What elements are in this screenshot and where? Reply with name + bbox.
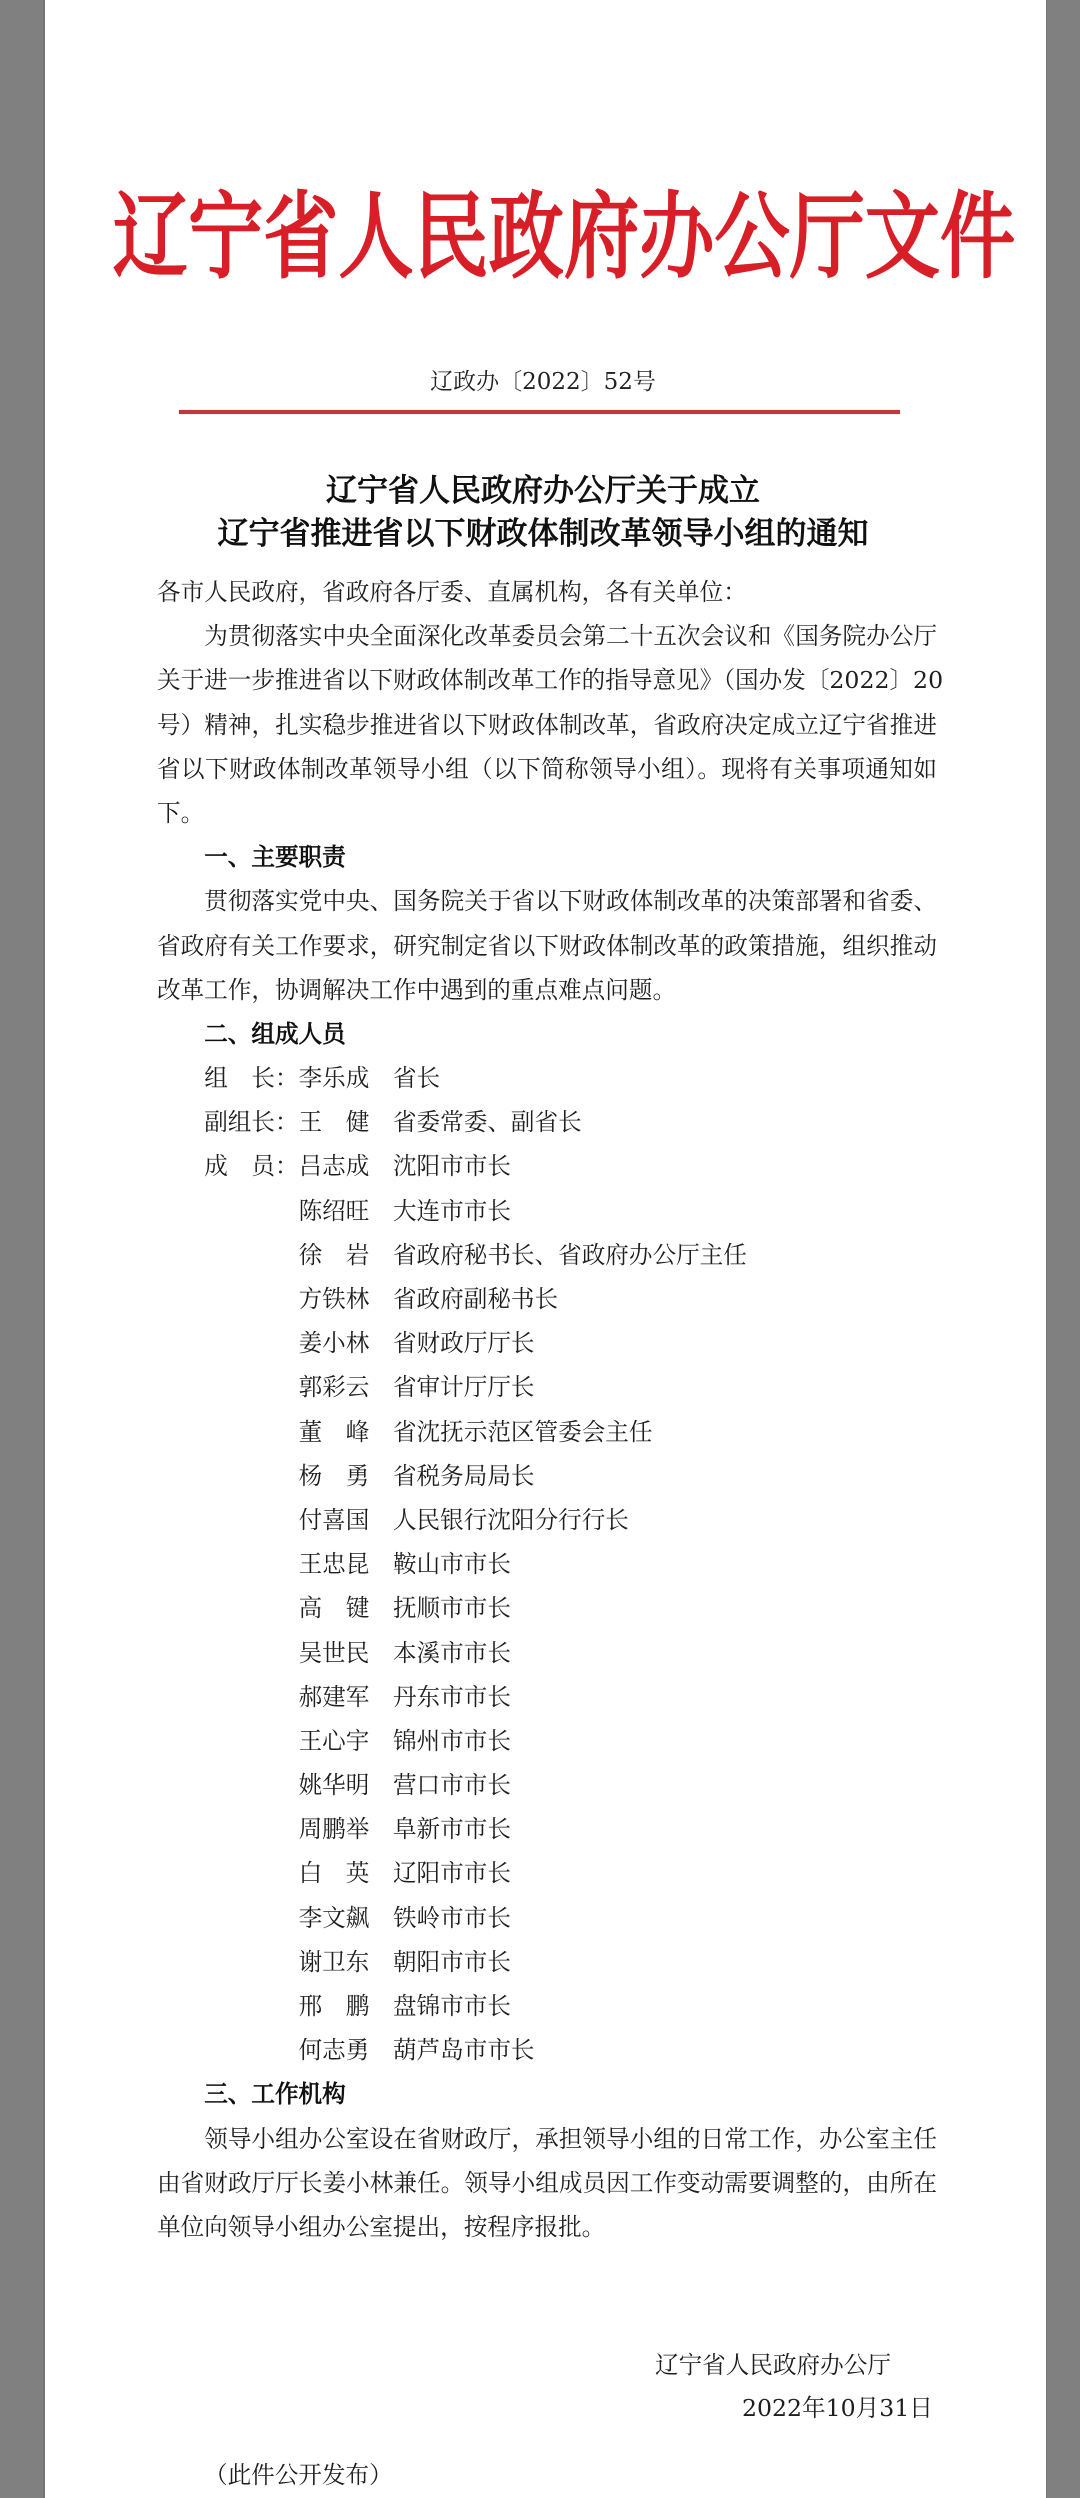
member-role <box>204 1896 298 1940</box>
document-number: 辽政办〔2022〕52号 <box>0 370 1080 394</box>
member-position: 铁岭市市长 <box>393 1896 511 1940</box>
member-name: 杨 勇 <box>299 1454 370 1498</box>
member-name: 高 键 <box>299 1586 370 1630</box>
text-line: 为贯彻落实中央全面深化改革委员会第二十五次会议和《国务院办公厅 <box>157 614 937 658</box>
member-row: 郝建军 丹东市市长 <box>157 1675 937 1719</box>
member-row: 王忠昆 鞍山市市长 <box>157 1542 937 1586</box>
member-position: 盘锦市市长 <box>393 1984 511 2028</box>
member-row: 姜小林 省财政厅厅长 <box>157 1321 937 1365</box>
member-name: 董 峰 <box>299 1410 370 1454</box>
member-row: 白 英 辽阳市市长 <box>157 1851 937 1895</box>
member-name: 陈绍旺 <box>299 1189 370 1233</box>
text-line: 贯彻落实党中央、国务院关于省以下财政体制改革的决策部署和省委、 <box>157 879 937 923</box>
member-role <box>204 1586 298 1630</box>
member-position: 省财政厅厅长 <box>393 1321 535 1365</box>
member-role: 成 员： <box>204 1144 298 1188</box>
masthead: 辽宁省人民政府办公厅文件 <box>0 190 1080 284</box>
member-role <box>204 1233 298 1277</box>
member-role <box>204 1719 298 1763</box>
member-name: 付喜国 <box>299 1498 370 1542</box>
member-role <box>204 1410 298 1454</box>
member-row: 董 峰 省沈抚示范区管委会主任 <box>157 1410 937 1454</box>
member-name: 王忠昆 <box>299 1542 370 1586</box>
member-role <box>204 1807 298 1851</box>
working-body-paragraph: 领导小组办公室设在省财政厅，承担领导小组的日常工作，办公室主任 由省财政厅厅长姜… <box>157 2117 937 2250</box>
member-role <box>204 1321 298 1365</box>
masthead-title: 辽宁省人民政府办公厅文件 <box>113 190 1015 284</box>
member-role <box>204 1984 298 2028</box>
member-position: 省沈抚示范区管委会主任 <box>393 1410 653 1454</box>
member-role <box>204 1940 298 1984</box>
member-name: 李文飙 <box>299 1896 370 1940</box>
member-row: 杨 勇 省税务局局长 <box>157 1454 937 1498</box>
member-position: 省政府秘书长、省政府办公厅主任 <box>393 1233 747 1277</box>
member-role <box>204 2028 298 2072</box>
member-role <box>204 1454 298 1498</box>
member-name: 王心宇 <box>299 1719 370 1763</box>
text-line: 省以下财政体制改革领导小组（以下简称领导小组）。现将有关事项通知如 <box>157 747 937 791</box>
member-row: 周鹏举 阜新市市长 <box>157 1807 937 1851</box>
member-position: 朝阳市市长 <box>393 1940 511 1984</box>
member-name: 吕志成 <box>299 1144 370 1188</box>
member-name: 姜小林 <box>299 1321 370 1365</box>
member-role <box>204 1851 298 1895</box>
member-position: 大连市市长 <box>393 1189 511 1233</box>
text-line: 领导小组办公室设在省财政厅，承担领导小组的日常工作，办公室主任 <box>157 2117 937 2161</box>
member-list: 组 长： 李乐成 省长 副组长： 王 健 省委常委、副省长 成 员： 吕志成 沈… <box>157 1056 937 2072</box>
member-position: 丹东市市长 <box>393 1675 511 1719</box>
member-row: 李文飙 铁岭市市长 <box>157 1896 937 1940</box>
member-row: 方铁林 省政府副秘书长 <box>157 1277 937 1321</box>
member-role: 组 长： <box>204 1056 298 1100</box>
intro-paragraph: 为贯彻落实中央全面深化改革委员会第二十五次会议和《国务院办公厅 关于进一步推进省… <box>157 614 937 835</box>
signature-issuer: 辽宁省人民政府办公厅 <box>655 2343 891 2387</box>
member-role <box>204 1631 298 1675</box>
member-name: 李乐成 <box>299 1056 370 1100</box>
text-line: 改革工作，协调解决工作中遇到的重点难点问题。 <box>157 968 937 1012</box>
text-line: 由省财政厅厅长姜小林兼任。领导小组成员因工作变动需要调整的，由所在 <box>157 2161 937 2205</box>
notice-body: 各市人民政府，省政府各厅委、直属机构，各有关单位： 为贯彻落实中央全面深化改革委… <box>157 570 937 2249</box>
member-row: 邢 鹏 盘锦市市长 <box>157 1984 937 2028</box>
member-row: 郭彩云 省审计厅厅长 <box>157 1365 937 1409</box>
notice-title-line: 辽宁省人民政府办公厅关于成立 <box>0 470 1080 513</box>
member-row: 吴世民 本溪市市长 <box>157 1631 937 1675</box>
member-row: 姚华明 营口市市长 <box>157 1763 937 1807</box>
member-row: 副组长： 王 健 省委常委、副省长 <box>157 1100 937 1144</box>
member-row: 付喜国 人民银行沈阳分行行长 <box>157 1498 937 1542</box>
notice-title-line: 辽宁省推进省以下财政体制改革领导小组的通知 <box>0 513 1080 556</box>
signature-date: 2022年10月31日 <box>742 2386 933 2430</box>
publication-note: （此件公开发布） <box>204 2453 393 2497</box>
section-heading-members: 二、组成人员 <box>157 1012 937 1056</box>
member-position: 营口市市长 <box>393 1763 511 1807</box>
text-line: 关于进一步推进省以下财政体制改革工作的指导意见》（国办发〔2022〕20 <box>157 658 937 702</box>
section-heading-working-body: 三、工作机构 <box>157 2072 937 2116</box>
member-row: 谢卫东 朝阳市市长 <box>157 1940 937 1984</box>
member-position: 阜新市市长 <box>393 1807 511 1851</box>
member-name: 谢卫东 <box>299 1940 370 1984</box>
member-position: 省税务局局长 <box>393 1454 535 1498</box>
member-name: 王 健 <box>299 1100 370 1144</box>
member-position: 鞍山市市长 <box>393 1542 511 1586</box>
member-row: 高 键 抚顺市市长 <box>157 1586 937 1630</box>
text-line: 单位向领导小组办公室提出，按程序报批。 <box>157 2205 937 2249</box>
member-row: 陈绍旺 大连市市长 <box>157 1189 937 1233</box>
member-name: 何志勇 <box>299 2028 370 2072</box>
section-heading-responsibilities: 一、主要职责 <box>157 835 937 879</box>
member-position: 本溪市市长 <box>393 1631 511 1675</box>
member-position: 省长 <box>393 1056 440 1100</box>
member-row: 成 员： 吕志成 沈阳市市长 <box>157 1144 937 1188</box>
red-separator-rule <box>179 410 900 414</box>
member-position: 人民银行沈阳分行行长 <box>393 1498 629 1542</box>
member-role <box>204 1542 298 1586</box>
member-role <box>204 1189 298 1233</box>
responsibilities-paragraph: 贯彻落实党中央、国务院关于省以下财政体制改革的决策部署和省委、 省政府有关工作要… <box>157 879 937 1012</box>
member-position: 辽阳市市长 <box>393 1851 511 1895</box>
member-row: 王心宇 锦州市市长 <box>157 1719 937 1763</box>
text-line: 省政府有关工作要求，研究制定省以下财政体制改革的政策措施，组织推动 <box>157 924 937 968</box>
member-row: 何志勇 葫芦岛市市长 <box>157 2028 937 2072</box>
member-role <box>204 1763 298 1807</box>
member-name: 邢 鹏 <box>299 1984 370 2028</box>
member-position: 省政府副秘书长 <box>393 1277 558 1321</box>
member-name: 吴世民 <box>299 1631 370 1675</box>
member-name: 白 英 <box>299 1851 370 1895</box>
member-position: 沈阳市市长 <box>393 1144 511 1188</box>
member-position: 锦州市市长 <box>393 1719 511 1763</box>
text-line: 下。 <box>157 791 937 835</box>
member-position: 省委常委、副省长 <box>393 1100 582 1144</box>
member-name: 郝建军 <box>299 1675 370 1719</box>
member-row: 组 长： 李乐成 省长 <box>157 1056 937 1100</box>
notice-title: 辽宁省人民政府办公厅关于成立 辽宁省推进省以下财政体制改革领导小组的通知 <box>0 470 1080 556</box>
member-row: 徐 岩 省政府秘书长、省政府办公厅主任 <box>157 1233 937 1277</box>
member-role <box>204 1365 298 1409</box>
member-role <box>204 1498 298 1542</box>
member-name: 姚华明 <box>299 1763 370 1807</box>
text-line: 号）精神，扎实稳步推进省以下财政体制改革，省政府决定成立辽宁省推进 <box>157 703 937 747</box>
member-position: 葫芦岛市市长 <box>393 2028 535 2072</box>
member-role: 副组长： <box>204 1100 298 1144</box>
member-role <box>204 1675 298 1719</box>
member-position: 省审计厅厅长 <box>393 1365 535 1409</box>
member-name: 方铁林 <box>299 1277 370 1321</box>
member-name: 郭彩云 <box>299 1365 370 1409</box>
salutation: 各市人民政府，省政府各厅委、直属机构，各有关单位： <box>157 570 937 614</box>
member-name: 周鹏举 <box>299 1807 370 1851</box>
member-name: 徐 岩 <box>299 1233 370 1277</box>
member-position: 抚顺市市长 <box>393 1586 511 1630</box>
member-role <box>204 1277 298 1321</box>
